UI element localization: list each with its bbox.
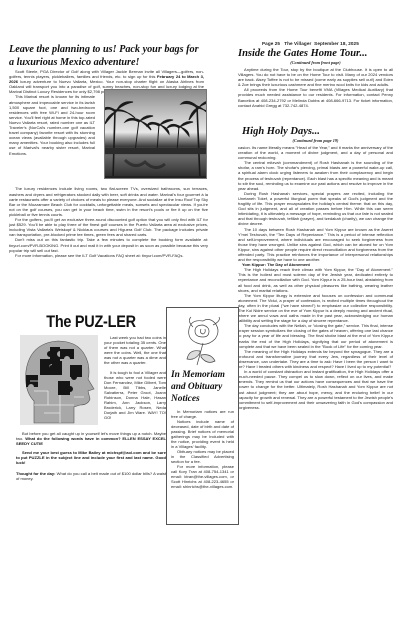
publication-name: The Villager bbox=[284, 41, 311, 46]
article-paragraph: During Rosh Hashanah services, special p… bbox=[238, 191, 393, 227]
article-paragraph: Anytime during the Tour, stop by the bou… bbox=[238, 67, 393, 87]
article-paragraph: In a world of constant distraction and i… bbox=[238, 369, 393, 410]
article-headline: Inside the Gates Home Tour... bbox=[238, 47, 393, 60]
resort-photo bbox=[104, 89, 207, 179]
puzzler-title: The PUZ-LER bbox=[27, 312, 155, 332]
article-paragraph: Don't miss out on this fantastic trip. T… bbox=[9, 237, 208, 252]
rose-icon bbox=[181, 315, 225, 367]
article-paragraph: All proceeds from the Home Tour benefit … bbox=[238, 87, 393, 107]
puzzle-head-illustration bbox=[20, 335, 98, 425]
issue-date: September 18, 2025 bbox=[314, 41, 359, 46]
page-number: Page 25 bbox=[262, 41, 280, 46]
home-tour-article: Inside the Gates Home Tour... (Continued… bbox=[238, 47, 393, 108]
article-paragraph: casion. Its name literally means "Head o… bbox=[238, 145, 393, 160]
article-headline: High Holy Days... bbox=[238, 125, 393, 138]
puzzle-head-icon bbox=[20, 335, 98, 425]
puzzler-submit-instructions: Send me your best guess to Mike Bailey a… bbox=[16, 450, 166, 465]
thought-for-the-day: Thought for the day: What do you call a … bbox=[16, 471, 166, 481]
continued-note: (Continued from page 19) bbox=[238, 138, 393, 143]
page-header: Page 25 The Villager September 18, 2025 bbox=[262, 41, 359, 46]
wrapped-text-column: This Marival resort is known for its int… bbox=[9, 94, 95, 186]
article-paragraph: The 10 days between Rosh Hashanah and Yo… bbox=[238, 227, 393, 263]
article-paragraph: This Marival resort is known for its int… bbox=[9, 94, 95, 186]
memoriam-paragraph: Obituary notices may be placed in the Cl… bbox=[171, 449, 234, 464]
memoriam-paragraph: For more information, please call Kory T… bbox=[171, 464, 234, 489]
continued-note: (Continued from front page) bbox=[238, 60, 393, 65]
article-paragraph: The luxury residences include living roo… bbox=[9, 186, 208, 217]
high-holy-days-article: High Holy Days... (Continued from page 1… bbox=[238, 125, 393, 410]
article-paragraph: For more information, please see the ILT… bbox=[9, 253, 208, 258]
puzzler-challenge: But before you get all caught up in your… bbox=[16, 431, 166, 446]
article-paragraph: For the golfers, you'll get an exclusive… bbox=[9, 217, 208, 237]
in-memoriam-box: In Memoriam and Obituary Notices In Memo… bbox=[166, 307, 239, 525]
article-paragraph: The Yom Kippur liturgy is extensive and … bbox=[238, 293, 393, 324]
article-paragraph: The High Holidays reach their climax wit… bbox=[238, 267, 393, 292]
mexico-article: Leave the planning to us! Pack your bags… bbox=[9, 43, 204, 258]
article-headline: Leave the planning to us! Pack your bags… bbox=[9, 43, 204, 69]
memoriam-paragraph: In Memoriam notices are run free of char… bbox=[171, 409, 234, 419]
memoriam-title: In Memoriam and Obituary Notices bbox=[171, 369, 234, 406]
palm-trees-icon bbox=[105, 90, 207, 179]
puzzler-section: The PUZ-LER Last week you had two coins … bbox=[16, 312, 166, 481]
memoriam-paragraph: Notices include name of deceased, date o… bbox=[171, 419, 234, 449]
article-paragraph: The central mitzvah (commandment) of Ros… bbox=[238, 160, 393, 191]
article-paragraph: The day concludes with the Neilah, or "c… bbox=[238, 323, 393, 348]
article-paragraph: The meaning of the High Holidays extends… bbox=[238, 349, 393, 369]
